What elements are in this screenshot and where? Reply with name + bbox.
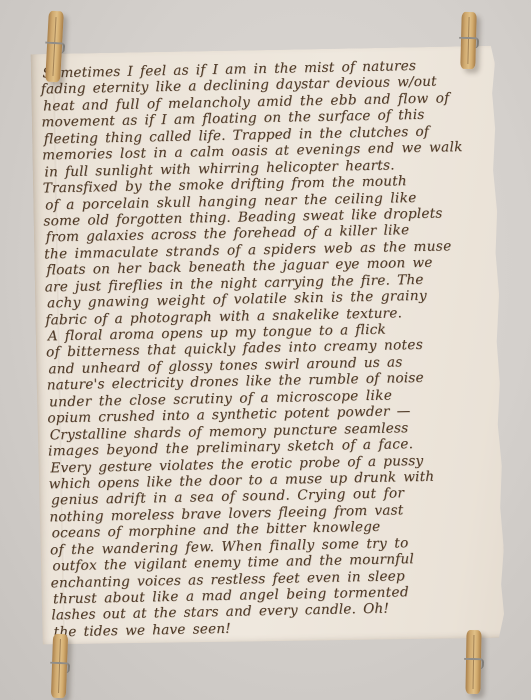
- handwritten-text: Sometimes I feel as if I am in the mist …: [40, 57, 499, 641]
- handwritten-note-paper: Sometimes I feel as if I am in the mist …: [31, 46, 506, 646]
- clothespin-bottom-right-icon: [465, 630, 481, 694]
- wall-background: Sometimes I feel as if I am in the mist …: [0, 0, 531, 700]
- clothespin-bottom-left-icon: [51, 634, 68, 698]
- clothespin-top-right-icon: [460, 12, 476, 69]
